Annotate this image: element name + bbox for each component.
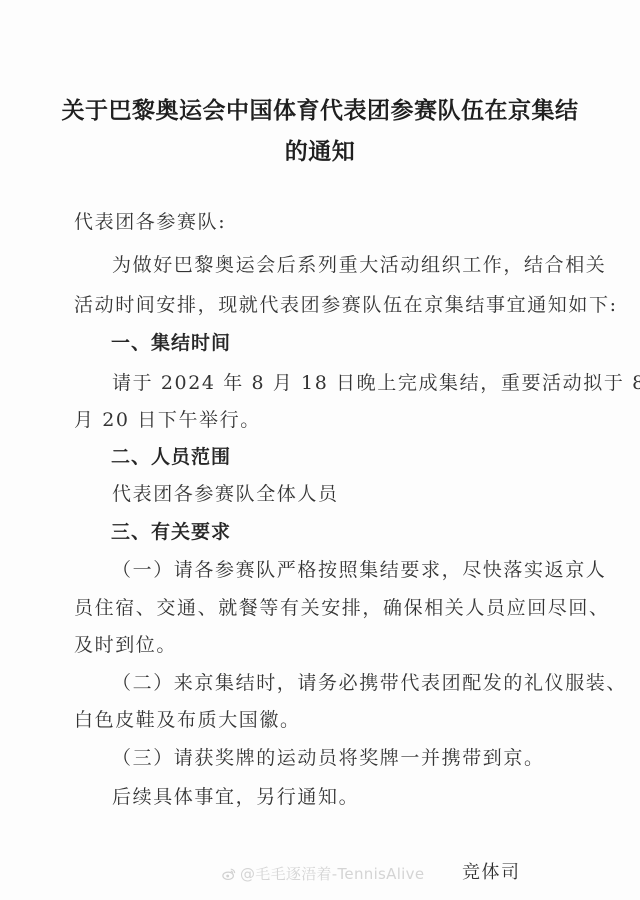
requirement-1-line-1: （一）请各参赛队严格按照集结要求，尽快落实返京人	[112, 558, 606, 582]
salutation: 代表团各参赛队:	[74, 210, 226, 234]
section-heading-personnel-scope: 二、人员范围	[111, 445, 231, 469]
requirement-2-line-1: （二）来京集结时，请务必携带代表团配发的礼仪服装、	[112, 671, 627, 695]
intro-line-1: 为做好巴黎奥运会后系列重大活动组织工作，结合相关	[112, 253, 606, 277]
watermark: @毛毛逐浯着-TennisAlive	[222, 864, 424, 884]
personnel-scope-line: 代表团各参赛队全体人员	[112, 482, 339, 506]
document-title-line-2: 的通知	[0, 137, 640, 167]
closing-line: 后续具体事宜，另行通知。	[112, 785, 359, 809]
requirement-1-line-3: 及时到位。	[74, 633, 177, 657]
weibo-icon	[222, 867, 236, 881]
gathering-time-line-1: 请于 2024 年 8 月 18 日晚上完成集结，重要活动拟于 8	[112, 371, 640, 395]
requirement-2-line-2: 白色皮鞋及布质大国徽。	[74, 708, 301, 732]
requirement-3-line-1: （三）请获奖牌的运动员将奖牌一并携带到京。	[112, 746, 545, 770]
watermark-text: @毛毛逐浯着-TennisAlive	[240, 865, 424, 883]
document-title-line-1: 关于巴黎奥运会中国体育代表团参赛队伍在京集结	[0, 96, 640, 126]
signature-department: 竞体司	[462, 861, 521, 885]
section-heading-gathering-time: 一、集结时间	[111, 331, 231, 355]
requirement-1-line-2: 员住宿、交通、就餐等有关安排，确保相关人员应回尽回、	[74, 596, 610, 620]
gathering-time-line-2: 月 20 日下午举行。	[74, 408, 261, 432]
intro-line-2: 活动时间安排，现就代表团参赛队伍在京集结事宜通知如下:	[74, 293, 618, 317]
section-heading-requirements: 三、有关要求	[111, 520, 231, 544]
